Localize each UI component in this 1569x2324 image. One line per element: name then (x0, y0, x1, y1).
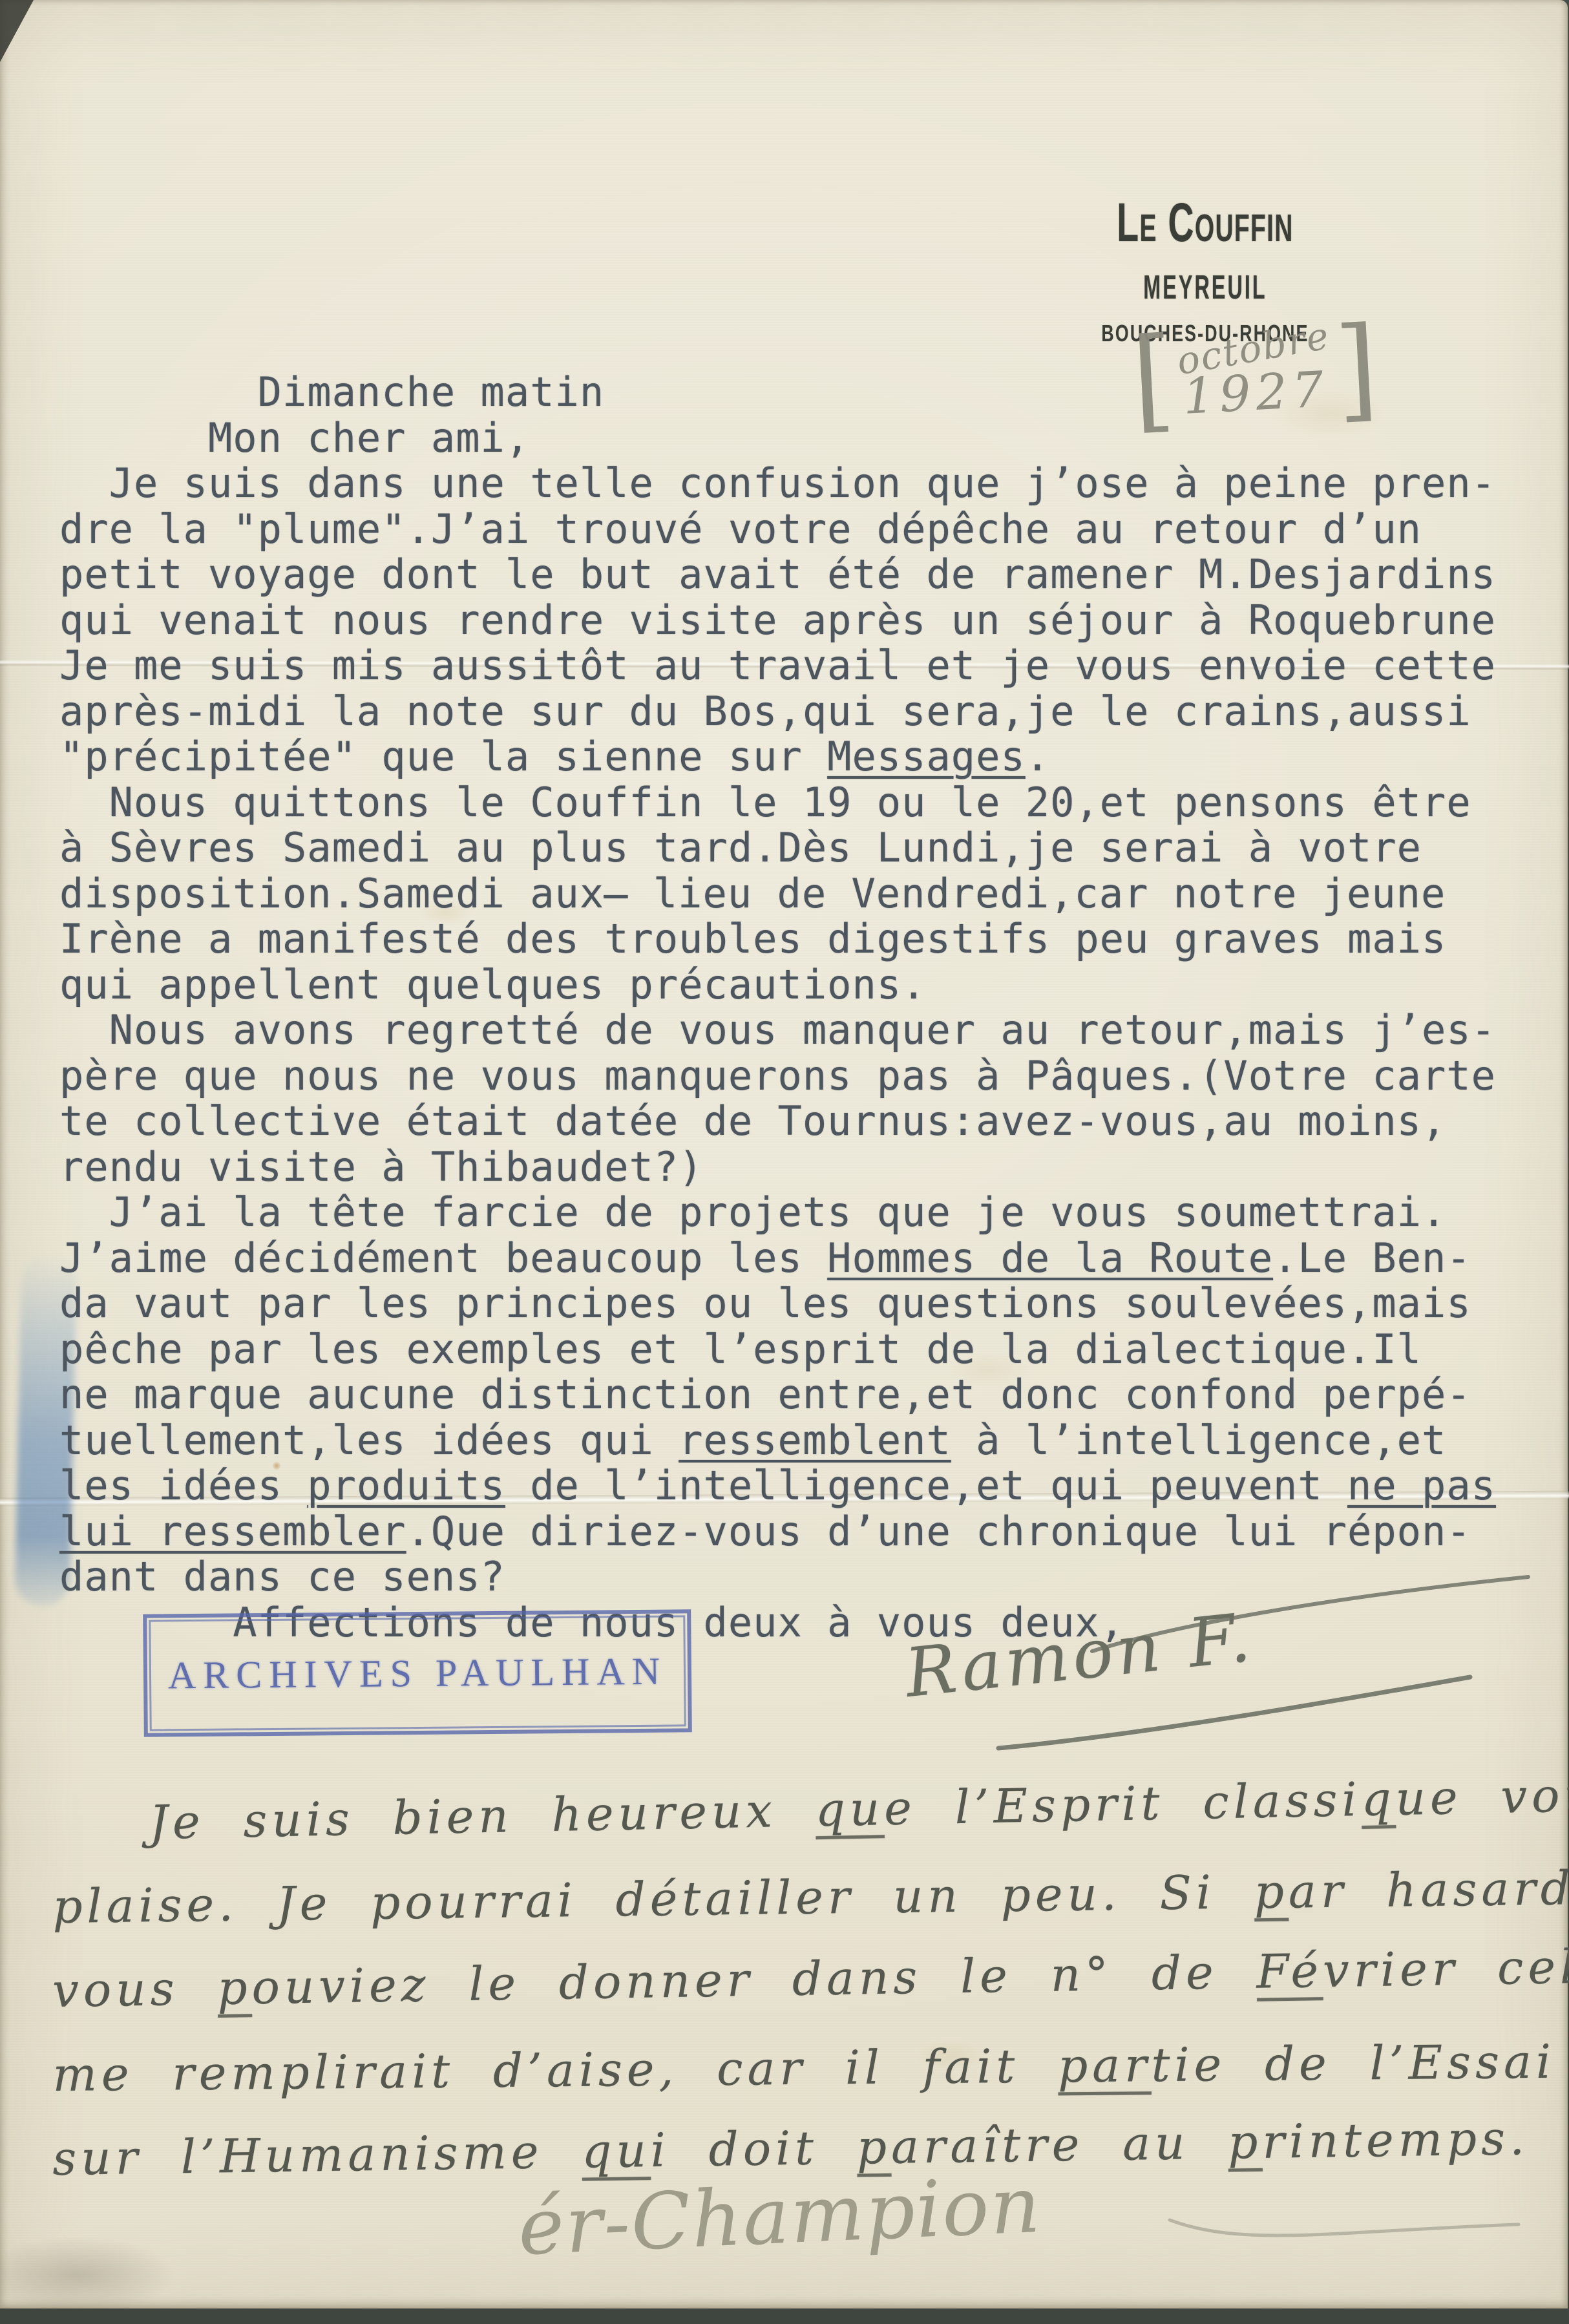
postscript-line: plaise. Je pourrai détailler un peu. Si … (52, 1857, 1565, 1938)
typed-line: Mon cher ami, (59, 416, 1496, 461)
typed-line: Je me suis mis aussitôt au travail et je… (59, 643, 1496, 689)
typed-line: ne marque aucune distinction entre,et do… (59, 1372, 1496, 1418)
typed-line: J’ai la tête farcie de projets que je vo… (59, 1190, 1496, 1236)
postscript-line: vous pouviez le donner dans le n° de Fév… (52, 1936, 1564, 2022)
typed-line: Nous avons regretté de vous manquer au r… (59, 1008, 1496, 1053)
typed-line: pêche par les exemples et l’esprit de la… (59, 1327, 1496, 1373)
typed-line: rendu visite à Thibaudet?) (59, 1145, 1496, 1190)
typed-line: Dimanche matin (59, 370, 1496, 416)
typed-line: Nous quittons le Couffin le 19 ou le 20,… (59, 780, 1496, 826)
typed-line: après-midi la note sur du Bos,qui sera,j… (59, 689, 1496, 735)
typed-line: dre la "plume".J’ai trouvé votre dépêche… (59, 507, 1496, 553)
typed-body: Dimanche matin Mon cher ami, Je suis dan… (59, 370, 1496, 1645)
scanned-letter: Le Couffin MEYREUIL BOUCHES-DU-RHONE [ o… (0, 0, 1569, 2324)
stamp-text: ARCHIVES PAULHAN (143, 1609, 692, 1737)
archive-stamp: ARCHIVES PAULHAN (143, 1609, 692, 1737)
typed-line: petit voyage dont le but avait été de ra… (59, 552, 1496, 598)
typed-line: qui venait nous rendre visite après un s… (59, 598, 1496, 644)
typed-line: Irène a manifesté des troubles digestifs… (59, 916, 1496, 962)
postscript-line: me remplirait d’aise, car il fait partie… (52, 2031, 1565, 2106)
typed-line: disposition.Samedi aux̶ lieu de Vendredi… (59, 871, 1496, 917)
typed-line: qui appellent quelques précautions. (59, 962, 1496, 1008)
pencil-signature-tail (520, 2184, 1567, 2324)
typed-line: "précipitée" que la sienne sur Messages. (59, 734, 1496, 780)
typed-line: tuellement,les idées qui ressemblent à l… (59, 1418, 1496, 1464)
typed-line: Je suis dans une telle confusion que j’o… (59, 461, 1496, 507)
typed-line: à Sèvres Samedi au plus tard.Dès Lundi,j… (59, 825, 1496, 871)
typed-line: J’aime décidément beaucoup les Hommes de… (59, 1236, 1496, 1282)
letterhead-title: Le Couffin (1110, 191, 1301, 254)
typed-line: te collective était datée de Tournus:ave… (59, 1099, 1496, 1145)
postscript: Je suis bien heureux que l’Esprit classi… (53, 1791, 1565, 2212)
typed-line: père que nous ne vous manquerons pas à P… (59, 1053, 1496, 1099)
letterhead-place: MEYREUIL (1115, 268, 1296, 307)
typed-line: les idées produits de l’intelligence,et … (59, 1463, 1496, 1509)
typed-line: da vaut par les principes ou les questio… (59, 1281, 1496, 1327)
